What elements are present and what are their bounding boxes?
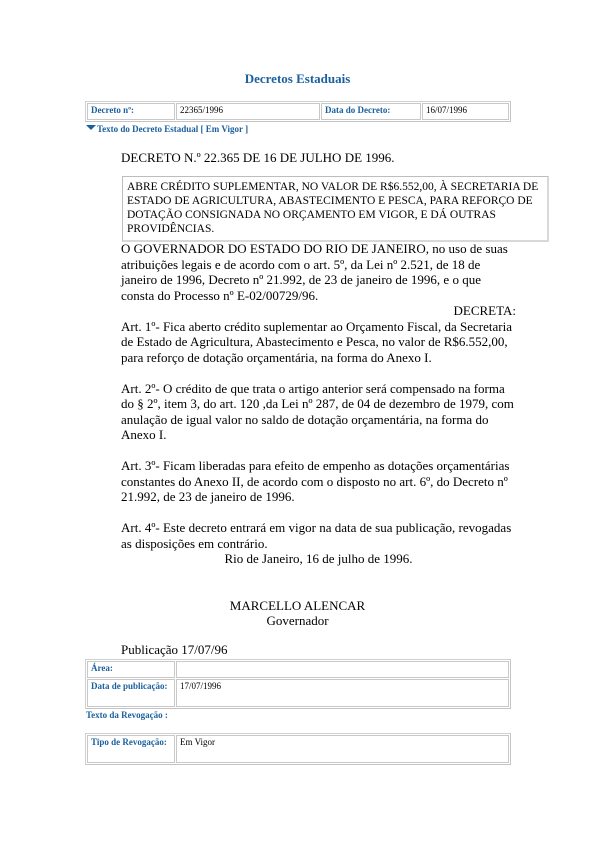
- decree-text-toggle-label: Texto do Decreto Estadual [ Em Vigor ]: [97, 124, 248, 134]
- decree-text-toggle[interactable]: Texto do Decreto Estadual [ Em Vigor ]: [86, 124, 248, 134]
- article-3: Art. 3º- Ficam liberadas para efeito de …: [121, 458, 516, 505]
- place-date: Rio de Janeiro, 16 de julho de 1996.: [121, 551, 516, 567]
- publication-date-value: 17/07/1996: [176, 679, 509, 707]
- area-label: Área:: [87, 661, 175, 678]
- decree-header-table: Decreto nº: 22365/1996 Data do Decreto: …: [85, 101, 511, 122]
- revocation-type-label: Tipo de Revogação:: [87, 735, 175, 763]
- publication-date-label: Data de publicação:: [87, 679, 175, 707]
- decree-number-value: 22365/1996: [176, 103, 320, 120]
- signer-title: Governador: [0, 613, 595, 628]
- decree-date-value: 16/07/1996: [422, 103, 509, 120]
- revocation-type-value: Em Vigor: [176, 735, 509, 763]
- article-4: Art. 4º- Este decreto entrará em vigor n…: [121, 520, 516, 551]
- area-value: [176, 661, 509, 678]
- page-title: Decretos Estaduais: [0, 71, 595, 87]
- preamble: O GOVERNADOR DO ESTADO DO RIO DE JANEIRO…: [121, 241, 516, 303]
- triangle-down-icon: [86, 125, 96, 130]
- article-1: Art. 1º- Fica aberto crédito suplementar…: [121, 319, 516, 366]
- decreta-heading: DECRETA:: [121, 303, 516, 319]
- signer-name: MARCELLO ALENCAR: [0, 598, 595, 613]
- article-2: Art. 2º- O crédito de que trata o artigo…: [121, 381, 516, 443]
- decree-date-label: Data do Decreto:: [321, 103, 421, 120]
- signature-block: MARCELLO ALENCAR Governador: [0, 598, 595, 628]
- decree-body: O GOVERNADOR DO ESTADO DO RIO DE JANEIRO…: [121, 241, 516, 567]
- revocation-table: Tipo de Revogação: Em Vigor: [85, 733, 511, 765]
- revocation-section-label: Texto da Revogação :: [86, 710, 168, 720]
- decree-summary-box: ABRE CRÉDITO SUPLEMENTAR, NO VALOR DE R$…: [122, 176, 549, 242]
- publication-table: Área: Data de publicação: 17/07/1996: [85, 659, 511, 709]
- decree-title: DECRETO N.º 22.365 DE 16 DE JULHO DE 199…: [121, 150, 395, 166]
- decree-number-label: Decreto nº:: [87, 103, 175, 120]
- publication-line: Publicação 17/07/96: [121, 642, 228, 658]
